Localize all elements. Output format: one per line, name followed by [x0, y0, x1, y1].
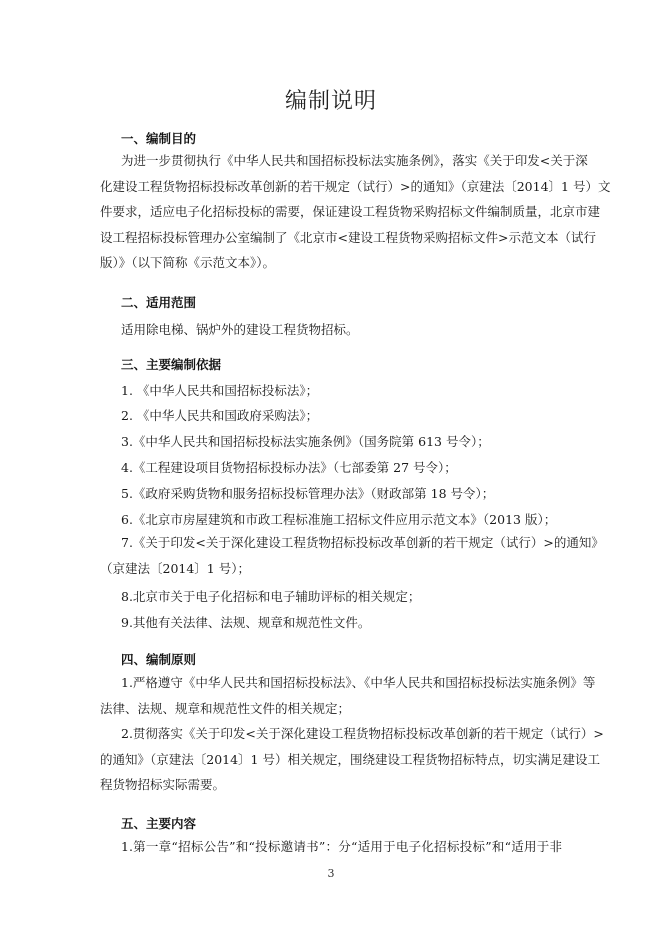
paragraph-line: 2.贯彻落实《关于印发<关于深化建设工程货物招标投标改革创新的若干规定（试行）>: [100, 721, 562, 747]
paragraph-line: 法律、法规、规章和规范性文件的相关规定；: [100, 696, 562, 722]
section-heading-scope: 二、适用范围: [121, 293, 196, 311]
paragraph-line: 7.《关于印发<关于深化建设工程货物招标投标改革创新的若干规定（试行）>的通知》: [100, 530, 562, 556]
paragraph-line: 设工程招标投标管理办公室编制了《北京市<建设工程货物采购招标文件>示范文本（试行: [100, 225, 562, 251]
paragraph-line: 1.第一章“招标公告”和“投标邀请书”：分“适用于电子化招标投标”和“适用于非: [100, 834, 562, 860]
list-item: 9.其他有关法律、法规、规章和规范性文件。: [121, 613, 370, 631]
section-heading-basis: 三、主要编制依据: [121, 355, 221, 373]
section-heading-contents: 五、主要内容: [121, 814, 196, 832]
section-body-scope: 适用除电梯、锅炉外的建设工程货物招标。: [121, 320, 359, 338]
paragraph-line: 版）》（以下简称《示范文本》）。: [100, 250, 562, 276]
paragraph-line: 化建设工程货物招标投标改革创新的若干规定（试行）>的通知》（京建法〔2014〕1…: [100, 174, 562, 200]
section-body-principles: 1.严格遵守《中华人民共和国招标投标法》、《中华人民共和国招标投标法实施条例》等…: [100, 670, 562, 798]
paragraph-line: 1.严格遵守《中华人民共和国招标投标法》、《中华人民共和国招标投标法实施条例》等: [100, 670, 562, 696]
list-item: 6.《北京市房屋建筑和市政工程标准施工招标文件应用示范文本》（2013 版）；: [121, 510, 556, 528]
list-item: 1. 《中华人民共和国招标投标法》；: [121, 381, 318, 399]
list-item: 4.《工程建设项目货物招标投标办法》（七部委第 27 号令）；: [121, 458, 457, 476]
paragraph-line: 的通知》（京建法〔2014〕1 号）相关规定，围绕建设工程货物招标特点，切实满足…: [100, 747, 562, 773]
paragraph-line: 程货物招标实际需要。: [100, 772, 562, 798]
section-body-purpose: 为进一步贯彻执行《中华人民共和国招标投标法实施条例》，落实《关于印发<关于深 化…: [100, 148, 562, 276]
list-item: 8.北京市关于电子化招标和电子辅助评标的相关规定；: [121, 587, 420, 605]
section-body-contents: 1.第一章“招标公告”和“投标邀请书”：分“适用于电子化招标投标”和“适用于非: [100, 834, 562, 860]
page-number: 3: [0, 867, 662, 880]
paragraph-line: 为进一步贯彻执行《中华人民共和国招标投标法实施条例》，落实《关于印发<关于深: [100, 148, 562, 174]
document-page: 编制说明 一、编制目的 为进一步贯彻执行《中华人民共和国招标投标法实施条例》，落…: [0, 0, 662, 936]
list-item: 2. 《中华人民共和国政府采购法》；: [121, 406, 318, 424]
document-title: 编制说明: [0, 84, 662, 115]
paragraph-line: 件要求，适应电子化招标投标的需要，保证建设工程货物采购招标文件编制质量，北京市建: [100, 199, 562, 225]
list-item-wrapped: 7.《关于印发<关于深化建设工程货物招标投标改革创新的若干规定（试行）>的通知》…: [100, 530, 562, 581]
section-heading-principles: 四、编制原则: [121, 650, 196, 668]
list-item: 3.《中华人民共和国招标投标法实施条例》（国务院第 613 号令）；: [121, 432, 490, 450]
list-item: 5.《政府采购货物和服务招标投标管理办法》（财政部第 18 号令）；: [121, 484, 494, 502]
paragraph-line: （京建法〔2014〕1 号）；: [100, 556, 562, 582]
section-heading-purpose: 一、编制目的: [121, 129, 196, 147]
